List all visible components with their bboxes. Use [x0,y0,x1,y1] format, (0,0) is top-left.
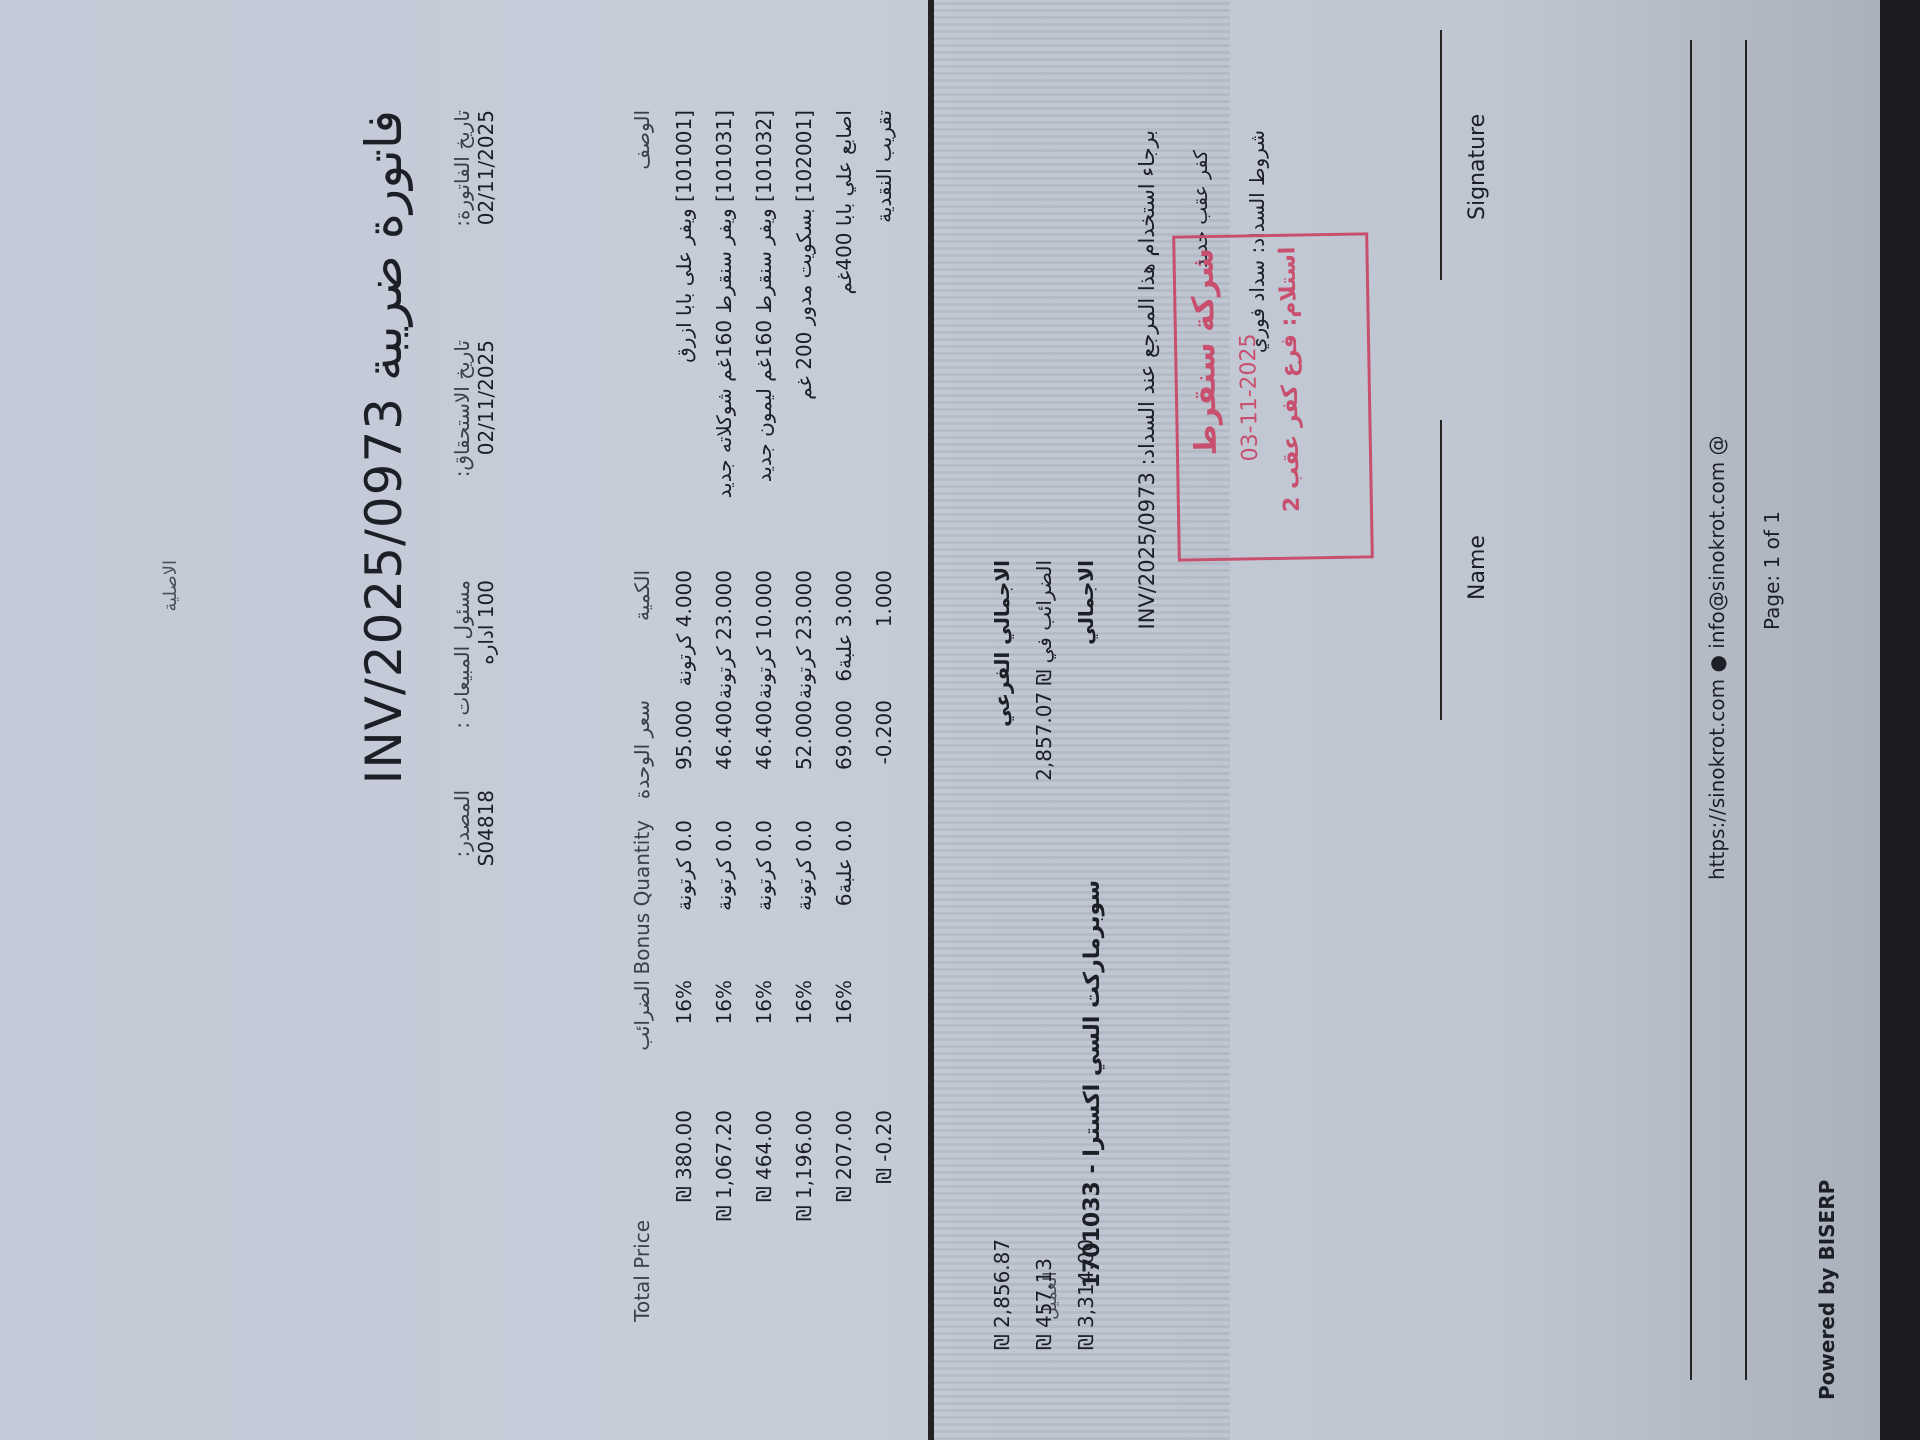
name-line [1440,420,1442,720]
table-cell-total: ₪ 1,067.20 [712,1110,736,1221]
stamp-branch: استلام: فرع كفر عقب 2 [1275,246,1305,546]
signature-line [1440,30,1442,280]
column-header: الضرائب [630,980,654,1051]
table-cell-unit-price: 95.000 [672,700,696,770]
total-value: ₪ 3,314.00 [1074,1239,1098,1350]
table-cell-bonus: 0.0 كرتونة [792,820,816,911]
signature-label: Signature [1465,114,1490,220]
footer-contacts: https://sinokrot.com ● info@sinokrot.com… [1705,435,1729,880]
email-link[interactable]: info@sinokrot.com [1705,462,1729,649]
table-cell-unit-price: 46.400 [752,700,776,770]
total-label: الضرائب في ₪ 2,857.07 [1032,560,1056,781]
meta-due-date: تاريخ الاستحقاق: 02/11/2025 [450,340,498,477]
table-cell-tax: 16% [752,980,776,1024]
table-cell-qty: 4.000 كرتونة [672,570,696,686]
table-cell-qty: 23.000 كرتونة [712,570,736,699]
table-cell-total: ₪ 1,196.00 [792,1110,816,1221]
table-cell-tax: 16% [832,980,856,1024]
footer-divider [1690,40,1692,1380]
table-cell-tax: 16% [672,980,696,1024]
column-header: Bonus Quantity [630,820,654,975]
at-icon: @ [1705,435,1729,455]
table-cell-unit-price: 69.000 [832,700,856,770]
table-cell-total: ₪ 207.00 [832,1110,856,1202]
globe-icon: ● [1705,649,1729,673]
table-cell-description: تقريب النقدية [872,110,896,223]
table-cell-description: اصابع علي بابا 400غم [832,110,856,294]
total-label: الاجمالي الفرعي [990,560,1014,727]
column-header: سعر الوحدة [630,700,654,799]
payment-reference: برجاء استخدام هذا المرجع عند السداد: INV… [1135,130,1159,629]
column-header: الوصف [630,110,654,170]
stamp-date: 03-11-2025 [1234,247,1264,547]
table-cell-tax: 16% [712,980,736,1024]
meta-source: المصدر: S04818 [450,790,498,866]
table-cell-qty: 1.000 [872,570,896,627]
table-cell-description: [101032] ويفر سنقرط 160غم ليمون جديد [752,110,776,482]
powered-by: Powered by BISERP [1815,1180,1839,1400]
total-label: الاجمالي [1074,560,1098,645]
total-value: ₪ 2,856.87 [990,1239,1014,1350]
table-cell-total: ₪ 380.00 [672,1110,696,1202]
stamp-company: شركة سنقرط [1185,248,1225,549]
name-label: Name [1465,535,1490,600]
received-stamp: شركة سنقرط 03-11-2025 استلام: فرع كفر عق… [1172,232,1374,561]
table-cell-bonus: 0.0 كرتونة [752,820,776,911]
website-link[interactable]: https://sinokrot.com [1705,679,1729,880]
column-header: الكمية [630,570,654,621]
page-number: Page: 1 of 1 [1760,511,1784,630]
table-cell-total: ₪ -0.20 [872,1110,896,1184]
table-cell-description: [101031] ويفر سنقرط 160غم شوكلاته جديد [712,110,736,498]
table-cell-unit-price: 46.400 [712,700,736,770]
table-cell-total: ₪ 464.00 [752,1110,776,1202]
column-header: Total Price [630,1220,654,1322]
table-cell-bonus: 0.0 كرتونة [672,820,696,911]
table-cell-unit-price: -0.200 [872,700,896,764]
table-cell-qty: 10.000 كرتونة [752,570,776,699]
table-cell-tax: 16% [792,980,816,1024]
table-cell-bonus: 0.0 علبة6 [832,820,856,906]
table-cell-qty: 23.000 كرتونة [792,570,816,699]
total-value: ₪ 457.13 [1032,1258,1056,1350]
page-title: فاتورة ضريبة INV/2025/0973 [355,110,413,784]
table-cell-description: [102001] بسكويت مدور 200 غم [792,110,816,400]
table-cell-qty: 3.000 علبة6 [832,570,856,682]
table-cell-description: [101001] ويفر على بابا ازرق [672,110,696,363]
footer-divider-2 [1745,40,1747,1380]
table-cell-bonus: 0.0 كرتونة [712,820,736,911]
origin-label: الاصلية [160,560,181,612]
table-cell-unit-price: 52.000 [792,700,816,770]
invoice-page: الاصلية العميل سوبرماركت السي اكسترا - 1… [0,0,1880,1440]
meta-salesperson: مسئول المبيعات : 100 اداره [450,580,498,729]
